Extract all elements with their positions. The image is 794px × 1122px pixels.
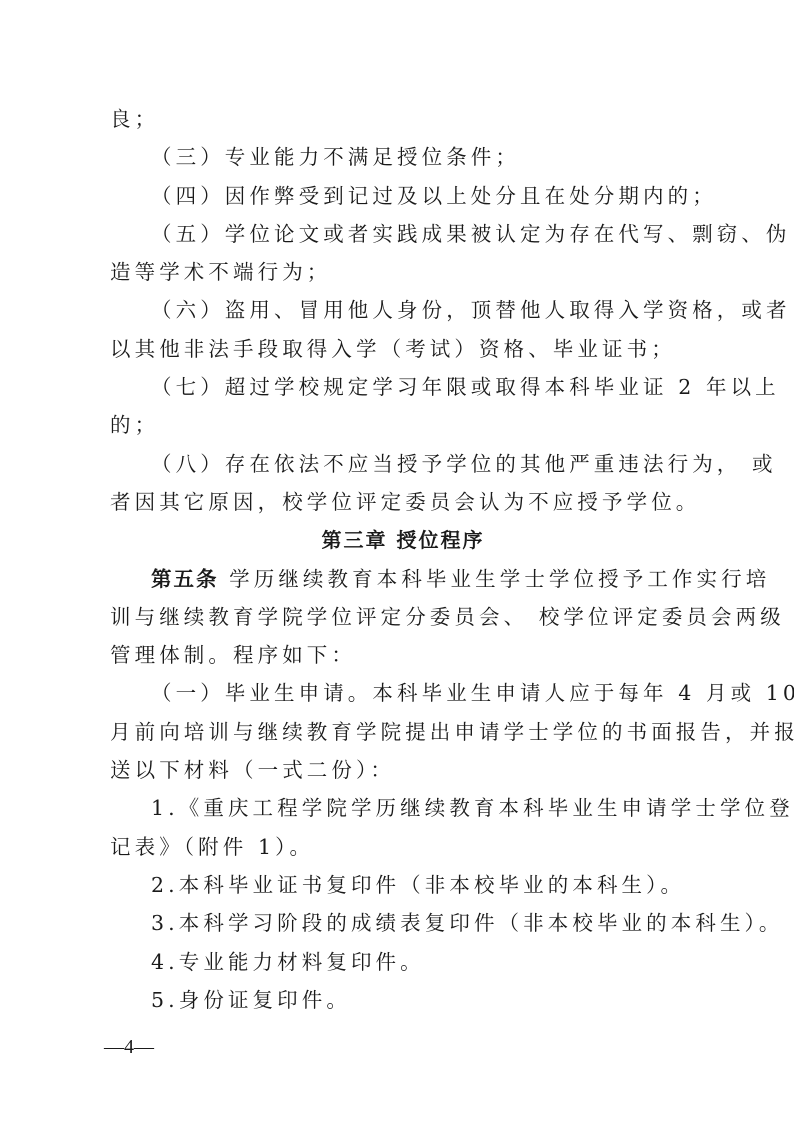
list-item-6: （六）盗用、冒用他人身份，顶替他人取得入学资格，或者 bbox=[110, 291, 696, 329]
list-item-5-cont: 造等学术不端行为； bbox=[110, 253, 696, 291]
article-line: 训与继续教育学院学位评定分委员会、 校学位评定委员会两级 bbox=[110, 598, 696, 636]
list-item-8-cont: 者因其它原因，校学位评定委员会认为不应授予学位。 bbox=[110, 483, 696, 521]
procedure-item-1-cont: 送以下材料（一式二份）： bbox=[110, 751, 696, 789]
article-line: 管理体制。程序如下： bbox=[110, 636, 696, 674]
material-item-1-cont: 记表》（附件 1）。 bbox=[110, 828, 696, 866]
list-item-4: （四）因作弊受到记过及以上处分且在处分期内的； bbox=[110, 177, 696, 215]
list-item-7-cont: 的； bbox=[110, 406, 696, 444]
material-item-2: 2.本科毕业证书复印件（非本校毕业的本科生）。 bbox=[110, 866, 696, 904]
material-item-1: 1.《重庆工程学院学历继续教育本科毕业生申请学士学位登 bbox=[110, 789, 696, 827]
procedure-item-1-cont: 月前向培训与继续教育学院提出申请学士学位的书面报告，并报 bbox=[110, 713, 696, 751]
material-item-5: 5.身份证复印件。 bbox=[110, 981, 696, 1019]
list-item-8: （八）存在依法不应当授予学位的其他严重违法行为， 或 bbox=[110, 445, 696, 483]
list-item-5: （五）学位论文或者实践成果被认定为存在代写、剽窃、伪 bbox=[110, 215, 696, 253]
list-item-6-cont: 以其他非法手段取得入学（考试）资格、毕业证书； bbox=[110, 330, 696, 368]
paragraph-line: 良； bbox=[110, 100, 696, 138]
material-item-4: 4.专业能力材料复印件。 bbox=[110, 943, 696, 981]
article-label: 第五条 bbox=[151, 567, 219, 591]
chapter-heading: 第三章 授位程序 bbox=[110, 521, 696, 559]
list-item-3: （三）专业能力不满足授位条件； bbox=[110, 138, 696, 176]
material-item-3: 3.本科学习阶段的成绩表复印件（非本校毕业的本科生）。 bbox=[110, 904, 696, 942]
article-first-line: 第五条 学历继续教育本科毕业生学士学位授予工作实行培 bbox=[110, 560, 696, 598]
document-page: 良； （三）专业能力不满足授位条件； （四）因作弊受到记过及以上处分且在处分期内… bbox=[110, 100, 696, 1019]
page-number: —4— bbox=[104, 1036, 154, 1059]
procedure-item-1: （一）毕业生申请。本科毕业生申请人应于每年 4 月或 10 bbox=[110, 674, 696, 712]
list-item-7: （七）超过学校规定学习年限或取得本科毕业证 2 年以上 bbox=[110, 368, 696, 406]
article-text: 学历继续教育本科毕业生学士学位授予工作实行培 bbox=[219, 567, 771, 591]
